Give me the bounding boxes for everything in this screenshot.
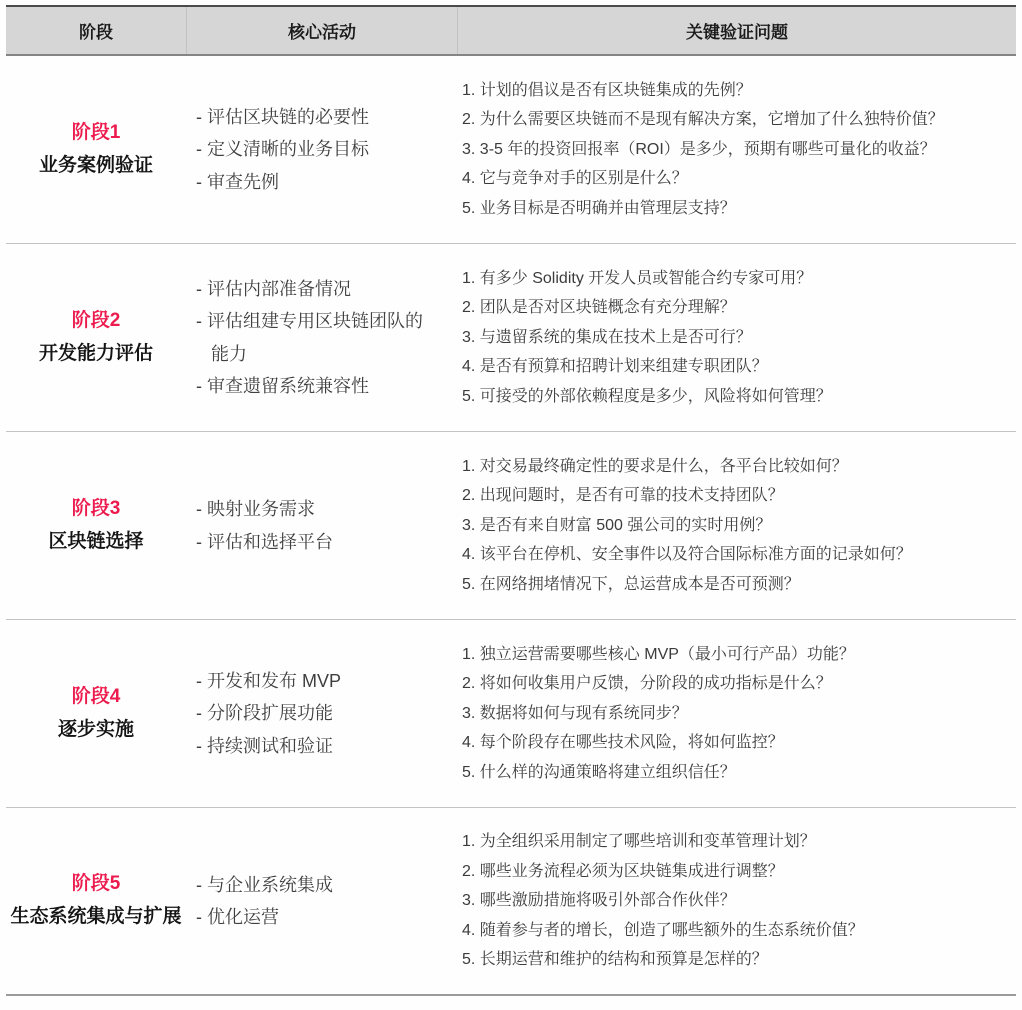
activity-item: - 审查遗留系统兼容性 <box>196 370 432 402</box>
question-item: 1. 独立运营需要哪些核心 MVP（最小可行产品）功能？ <box>462 640 1006 670</box>
activity-item: - 审查先例 <box>196 166 432 198</box>
question-item: 5. 长期运营和维护的结构和预算是怎样的？ <box>462 945 1006 975</box>
questions-cell: 1. 有多少 Solidity 开发人员或智能合约专家可用？2. 团队是否对区块… <box>457 244 1016 431</box>
question-item: 5. 在网络拥堵情况下，总运营成本是否可预测？ <box>462 570 1006 600</box>
activity-item: - 持续测试和验证 <box>196 730 432 762</box>
phase-cell: 阶段2 开发能力评估 <box>6 244 186 431</box>
activities-cell: - 开发和发布 MVP- 分阶段扩展功能- 持续测试和验证 <box>186 620 457 807</box>
header-cell-activities: 核心活动 <box>186 7 457 54</box>
phase-name: 开发能力评估 <box>39 338 153 371</box>
table-row: 阶段4 逐步实施 - 开发和发布 MVP- 分阶段扩展功能- 持续测试和验证 1… <box>6 620 1016 808</box>
activities-cell: - 与企业系统集成- 优化运营 <box>186 808 457 994</box>
phase-number: 阶段4 <box>72 681 121 714</box>
activities-cell: - 映射业务需求- 评估和选择平台 <box>186 432 457 619</box>
questions-cell: 1. 计划的倡议是否有区块链集成的先例？2. 为什么需要区块链而不是现有解决方案… <box>457 56 1016 243</box>
questions-cell: 1. 对交易最终确定性的要求是什么，各平台比较如何？2. 出现问题时，是否有可靠… <box>457 432 1016 619</box>
activity-item: - 评估组建专用区块链团队的能力 <box>196 305 432 370</box>
question-item: 2. 团队是否对区块链概念有充分理解？ <box>462 293 1006 323</box>
question-item: 4. 该平台在停机、安全事件以及符合国际标准方面的记录如何？ <box>462 540 1006 570</box>
question-item: 3. 哪些激励措施将吸引外部合作伙伴？ <box>462 886 1006 916</box>
question-item: 1. 计划的倡议是否有区块链集成的先例？ <box>462 76 1006 106</box>
question-item: 2. 为什么需要区块链而不是现有解决方案，它增加了什么独特价值？ <box>462 105 1006 135</box>
question-item: 5. 业务目标是否明确并由管理层支持？ <box>462 194 1006 224</box>
phase-name: 业务案例验证 <box>39 150 153 183</box>
activity-item: - 与企业系统集成 <box>196 869 432 901</box>
question-item: 4. 每个阶段存在哪些技术风险，将如何监控？ <box>462 728 1006 758</box>
phases-table: 阶段 核心活动 关键验证问题 阶段1 业务案例验证 - 评估区块链的必要性- 定… <box>6 5 1016 996</box>
page: 阶段 核心活动 关键验证问题 阶段1 业务案例验证 - 评估区块链的必要性- 定… <box>0 0 1022 1010</box>
header-cell-questions: 关键验证问题 <box>457 7 1016 54</box>
question-item: 3. 3-5 年的投资回报率（ROI）是多少，预期有哪些可量化的收益？ <box>462 135 1006 165</box>
table-row: 阶段1 业务案例验证 - 评估区块链的必要性- 定义清晰的业务目标- 审查先例 … <box>6 56 1016 244</box>
header-cell-phase: 阶段 <box>6 7 186 54</box>
question-item: 3. 数据将如何与现有系统同步？ <box>462 699 1006 729</box>
table-row: 阶段2 开发能力评估 - 评估内部准备情况- 评估组建专用区块链团队的能力- 审… <box>6 244 1016 432</box>
activity-item: - 开发和发布 MVP <box>196 665 432 697</box>
activity-item: - 优化运营 <box>196 901 432 933</box>
question-item: 4. 随着参与者的增长，创造了哪些额外的生态系统价值？ <box>462 916 1006 946</box>
phase-cell: 阶段5 生态系统集成与扩展 <box>6 808 186 994</box>
phase-cell: 阶段4 逐步实施 <box>6 620 186 807</box>
questions-cell: 1. 独立运营需要哪些核心 MVP（最小可行产品）功能？2. 将如何收集用户反馈… <box>457 620 1016 807</box>
phase-number: 阶段3 <box>72 493 121 526</box>
table-row: 阶段5 生态系统集成与扩展 - 与企业系统集成- 优化运营 1. 为全组织采用制… <box>6 808 1016 996</box>
phase-name: 区块链选择 <box>48 526 143 559</box>
question-item: 1. 对交易最终确定性的要求是什么，各平台比较如何？ <box>462 452 1006 482</box>
question-item: 3. 是否有来自财富 500 强公司的实时用例？ <box>462 511 1006 541</box>
questions-cell: 1. 为全组织采用制定了哪些培训和变革管理计划？2. 哪些业务流程必须为区块链集… <box>457 808 1016 994</box>
activities-cell: - 评估内部准备情况- 评估组建专用区块链团队的能力- 审查遗留系统兼容性 <box>186 244 457 431</box>
question-item: 5. 什么样的沟通策略将建立组织信任？ <box>462 758 1006 788</box>
question-item: 1. 有多少 Solidity 开发人员或智能合约专家可用？ <box>462 264 1006 294</box>
phase-name: 生态系统集成与扩展 <box>10 901 181 934</box>
question-item: 2. 出现问题时，是否有可靠的技术支持团队？ <box>462 481 1006 511</box>
activities-cell: - 评估区块链的必要性- 定义清晰的业务目标- 审查先例 <box>186 56 457 243</box>
phase-number: 阶段5 <box>72 868 121 901</box>
activity-item: - 分阶段扩展功能 <box>196 697 432 729</box>
table-body: 阶段1 业务案例验证 - 评估区块链的必要性- 定义清晰的业务目标- 审查先例 … <box>6 56 1016 996</box>
question-item: 4. 它与竞争对手的区别是什么？ <box>462 164 1006 194</box>
question-item: 4. 是否有预算和招聘计划来组建专职团队？ <box>462 352 1006 382</box>
phase-number: 阶段2 <box>72 305 121 338</box>
phase-cell: 阶段3 区块链选择 <box>6 432 186 619</box>
activity-item: - 定义清晰的业务目标 <box>196 133 432 165</box>
phase-cell: 阶段1 业务案例验证 <box>6 56 186 243</box>
question-item: 5. 可接受的外部依赖程度是多少，风险将如何管理？ <box>462 382 1006 412</box>
activity-item: - 映射业务需求 <box>196 493 432 525</box>
question-item: 3. 与遗留系统的集成在技术上是否可行？ <box>462 323 1006 353</box>
phase-number: 阶段1 <box>72 117 121 150</box>
activity-item: - 评估内部准备情况 <box>196 273 432 305</box>
question-item: 2. 将如何收集用户反馈，分阶段的成功指标是什么？ <box>462 669 1006 699</box>
activity-item: - 评估区块链的必要性 <box>196 101 432 133</box>
table-row: 阶段3 区块链选择 - 映射业务需求- 评估和选择平台 1. 对交易最终确定性的… <box>6 432 1016 620</box>
phase-name: 逐步实施 <box>58 714 134 747</box>
activity-item: - 评估和选择平台 <box>196 526 432 558</box>
question-item: 2. 哪些业务流程必须为区块链集成进行调整？ <box>462 857 1006 887</box>
question-item: 1. 为全组织采用制定了哪些培训和变革管理计划？ <box>462 827 1006 857</box>
table-header: 阶段 核心活动 关键验证问题 <box>6 7 1016 56</box>
